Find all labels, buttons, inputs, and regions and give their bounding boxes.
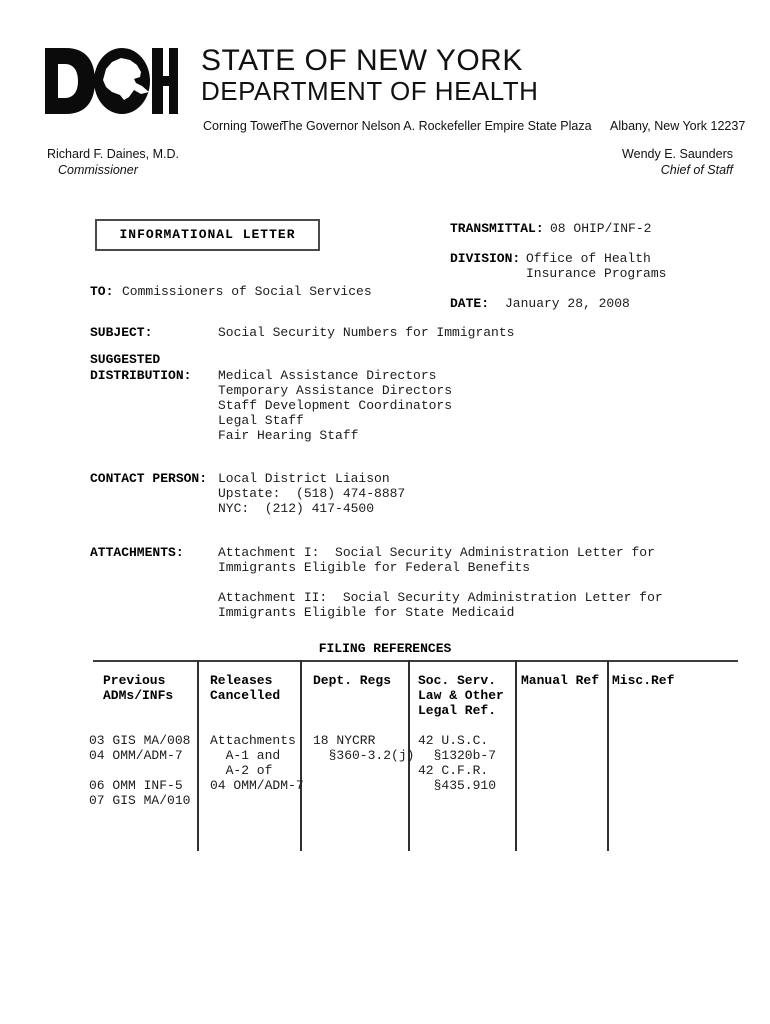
column-header: Law & Other [418,688,504,703]
address-albany: Albany, New York 12237 [610,119,745,133]
column-header: Previous [103,673,165,688]
table-cell: 04 OMM/ADM-7 [89,748,183,763]
commissioner-title: Commissioner [58,163,138,178]
contact-person-label: CONTACT PERSON: [90,471,207,486]
attachment-line: Immigrants Eligible for State Medicaid [218,605,514,620]
commissioner-name: Richard F. Daines, M.D. [47,147,179,162]
distribution-item: Medical Assistance Directors [218,368,436,383]
column-divider [197,660,199,851]
table-cell: 07 GIS MA/010 [89,793,190,808]
to-value: Commissioners of Social Services [122,284,372,299]
transmittal-label: TRANSMITTAL: [450,221,544,236]
subject-label: SUBJECT: [90,325,152,340]
column-header: Cancelled [210,688,280,703]
distribution-item: Legal Staff [218,413,304,428]
table-cell: 03 GIS MA/008 [89,733,190,748]
attachment-line: Attachment I: Social Security Administra… [218,545,655,560]
chief-of-staff-title: Chief of Staff [661,163,733,178]
table-cell: 06 OMM INF-5 [89,778,183,793]
contact-line: NYC: (212) 417-4500 [218,501,374,516]
suggested-label: SUGGESTED [90,352,160,367]
division-value-line2: Insurance Programs [526,266,666,281]
distribution-item: Fair Hearing Staff [218,428,358,443]
column-divider [300,660,302,851]
letterhead-state-title: STATE OF NEW YORK [201,44,523,78]
division-value-line1: Office of Health [526,251,651,266]
filing-references-title: FILING REFERENCES [240,641,530,656]
chief-of-staff-name: Wendy E. Saunders [622,147,733,162]
table-cell: 42 C.F.R. [418,763,488,778]
informational-letter-box: INFORMATIONAL LETTER [95,219,320,251]
column-header: Dept. Regs [313,673,391,688]
table-cell: 04 OMM/ADM-7 [210,778,304,793]
address-corning-tower: Corning Tower [203,119,283,133]
contact-line: Upstate: (518) 474-8887 [218,486,405,501]
document-page: STATE OF NEW YORK DEPARTMENT OF HEALTH C… [0,0,770,1024]
column-header: Soc. Serv. [418,673,496,688]
distribution-label: DISTRIBUTION: [90,368,191,383]
table-cell: §435.910 [418,778,496,793]
subject-value: Social Security Numbers for Immigrants [218,325,514,340]
doh-logo-icon [45,47,178,115]
table-cell: Attachments [210,733,296,748]
distribution-item: Temporary Assistance Directors [218,383,452,398]
column-divider [515,660,517,851]
to-label: TO: [90,284,113,299]
table-cell: A-1 and [210,748,280,763]
column-header: Misc.Ref [612,673,674,688]
date-value: January 28, 2008 [505,296,630,311]
column-divider [607,660,609,851]
attachment-line: Immigrants Eligible for Federal Benefits [218,560,530,575]
filing-table-top-rule [93,660,738,662]
address-plaza: The Governor Nelson A. Rockefeller Empir… [281,119,592,133]
attachment-line: Attachment II: Social Security Administr… [218,590,663,605]
table-cell: §1320b-7 [418,748,496,763]
table-cell: §360-3.2(j) [313,748,414,763]
date-label: DATE: [450,296,489,311]
column-header: Releases [210,673,272,688]
contact-line: Local District Liaison [218,471,390,486]
attachments-label: ATTACHMENTS: [90,545,184,560]
table-cell: 42 U.S.C. [418,733,488,748]
distribution-item: Staff Development Coordinators [218,398,452,413]
column-header: Legal Ref. [418,703,496,718]
division-label: DIVISION: [450,251,520,266]
table-cell: 18 NYCRR [313,733,375,748]
table-cell: A-2 of [210,763,272,778]
column-header: ADMs/INFs [103,688,173,703]
transmittal-value: 08 OHIP/INF-2 [550,221,651,236]
letterhead-dept-title: DEPARTMENT OF HEALTH [201,76,538,107]
column-header: Manual Ref [521,673,599,688]
